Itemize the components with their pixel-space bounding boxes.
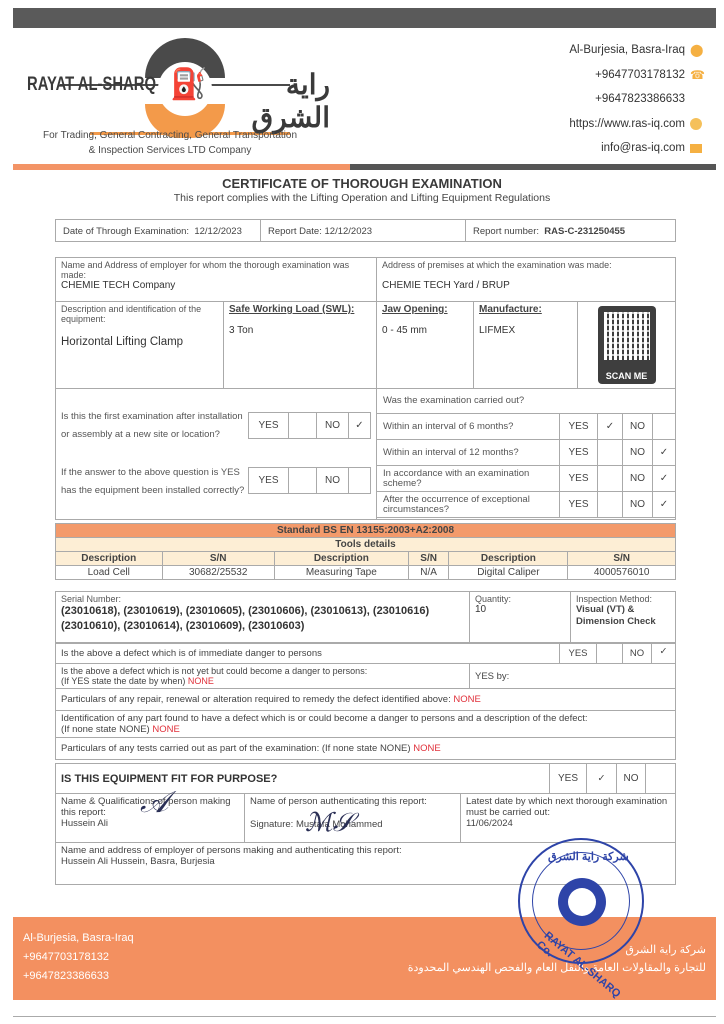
signature-authenticator: ℳ𝒮: [305, 808, 353, 839]
carried-out-no-checkbox[interactable]: [653, 414, 676, 440]
tools-header-cell: S/N: [568, 552, 676, 566]
tools-header-cell: S/N: [408, 552, 449, 566]
contact-block: Al-Burjesia, Basra-Iraq⬤ +9647703178132☎…: [569, 38, 702, 161]
manufacture-value: LIFMEX: [479, 325, 572, 336]
carried-out-yes-checkbox[interactable]: ✓: [598, 414, 623, 440]
company-tagline: For Trading, General Contracting, Genera…: [20, 128, 320, 158]
first-exam-answer: YESNO✓: [248, 412, 371, 439]
divider-orange: [13, 164, 350, 170]
gear-icon: [558, 878, 606, 926]
telephone-icon: ☎: [690, 69, 702, 81]
location-pin-icon: ⬤: [690, 44, 702, 56]
employer-name: CHEMIE TECH Company: [61, 280, 371, 291]
yes-by-field[interactable]: YES by:: [470, 664, 676, 689]
first-exam-no-checkbox[interactable]: ✓: [349, 413, 371, 439]
top-bar: [13, 8, 716, 28]
company-stamp: شركة راية الشرق RAYAT AL-SHARQ Co.: [518, 838, 644, 964]
tools-header-cell: S/N: [162, 552, 274, 566]
tools-cell: Digital Caliper: [449, 566, 568, 580]
next-exam-date: 11/06/2024: [466, 818, 670, 829]
report-meta: Date of Through Examination: 12/12/2023 …: [55, 219, 676, 242]
standard-band: Standard BS EN 13155:2003+A2:2008: [56, 524, 676, 538]
inspection-method: Visual (VT) & Dimension Check: [576, 604, 670, 628]
carried-out-label: Within an interval of 6 months?: [376, 414, 560, 440]
report-date: Report Date: 12/12/2023: [261, 220, 466, 241]
tools-header-cell: Description: [449, 552, 568, 566]
carried-out-no-checkbox[interactable]: ✓: [653, 492, 676, 518]
equipment-description: Horizontal Lifting Clamp: [61, 336, 218, 348]
tools-cell: Load Cell: [56, 566, 163, 580]
signature-maker: 𝒜: [140, 785, 168, 820]
certificate-title: CERTIFICATE OF THOROUGH EXAMINATION: [0, 176, 724, 191]
first-exam-yes-checkbox[interactable]: [289, 413, 317, 439]
carried-out-yes-checkbox[interactable]: [598, 466, 623, 492]
company-name-en: RAYAT AL-SHARQ: [27, 74, 156, 96]
carried-out-label: In accordance with an examination scheme…: [376, 466, 560, 492]
installed-no-checkbox[interactable]: [349, 468, 371, 494]
carried-out-row: Within an interval of 6 months? YES ✓ NO: [376, 414, 676, 440]
defects-table: Is the above a defect which is of immedi…: [55, 643, 676, 664]
tests-value: NONE: [413, 743, 440, 754]
envelope-icon: [690, 144, 702, 153]
future-danger-value: NONE: [188, 676, 214, 686]
installed-answer: YESNO: [248, 467, 371, 494]
qr-code[interactable]: SCAN ME: [598, 306, 656, 384]
tools-header-cell: Description: [56, 552, 163, 566]
company-logo: ⛽ RAYAT AL-SHARQ راية الشرق: [20, 32, 330, 127]
divider-gray: [350, 164, 716, 170]
future-danger-table: Is the above a defect which is not yet b…: [55, 663, 676, 689]
tools-header-cell: Description: [274, 552, 408, 566]
swl-value: 3 Ton: [229, 325, 371, 336]
website-link[interactable]: https://www.ras-iq.com: [569, 118, 685, 130]
address: Al-Burjesia, Basra-Iraq: [569, 44, 685, 56]
carried-out-no-checkbox[interactable]: ✓: [653, 440, 676, 466]
fit-no-checkbox[interactable]: [646, 764, 676, 794]
immediate-danger-no-checkbox[interactable]: ✓: [652, 644, 676, 664]
phone-2: +9647823386633: [595, 93, 685, 105]
examination-questions: Is this the first examination after inst…: [55, 388, 676, 520]
certificate-subtitle: This report complies with the Lifting Op…: [0, 192, 724, 204]
carried-out-yes-checkbox[interactable]: [598, 492, 623, 518]
immediate-danger-yes-checkbox[interactable]: [597, 644, 623, 664]
tools-cell: Measuring Tape: [274, 566, 408, 580]
carried-out-row: In accordance with an examination scheme…: [376, 466, 676, 492]
carried-out-label: After the occurrence of exceptional circ…: [376, 492, 560, 518]
carried-out-label: Within an interval of 12 months?: [376, 440, 560, 466]
tools-cell: 30682/25532: [162, 566, 274, 580]
serial-numbers: (23010618), (23010619), (23010605), (230…: [61, 604, 464, 634]
exam-date: Date of Through Examination: 12/12/2023: [56, 220, 261, 241]
tools-table: Standard BS EN 13155:2003+A2:2008 Tools …: [55, 523, 676, 580]
carried-out-yes-checkbox[interactable]: [598, 440, 623, 466]
premises-address: CHEMIE TECH Yard / BRUP: [382, 280, 670, 291]
immediate-danger-question: Is the above a defect which is of immedi…: [56, 644, 560, 664]
fit-yes-checkbox[interactable]: ✓: [587, 764, 617, 794]
fit-for-purpose-question: IS THIS EQUIPMENT FIT FOR PURPOSE?: [56, 764, 550, 794]
serial-number-table: Serial Number: (23010618), (23010619), (…: [55, 591, 676, 643]
oil-rig-icon: ⛽: [170, 67, 207, 102]
carried-out-table: Within an interval of 6 months? YES ✓ NO…: [376, 413, 676, 518]
carried-out-question: Was the examination carried out?: [383, 395, 524, 406]
installed-yes-checkbox[interactable]: [289, 468, 317, 494]
tools-cell: N/A: [408, 566, 449, 580]
footer-contacts: Al-Burjesia, Basra-Iraq +9647703178132 +…: [23, 929, 134, 986]
quantity-value: 10: [475, 604, 565, 615]
carried-out-row: After the occurrence of exceptional circ…: [376, 492, 676, 518]
email-link[interactable]: info@ras-iq.com: [601, 142, 685, 154]
tools-cell: 4000576010: [568, 566, 676, 580]
installed-question: If the answer to the above question is Y…: [61, 464, 246, 499]
first-exam-question: Is this the first examination after inst…: [61, 408, 243, 443]
globe-icon: [690, 118, 702, 130]
identification-value: NONE: [152, 724, 179, 735]
equipment-info-table: Name and Address of employer for whom th…: [55, 257, 676, 389]
company-name-ar: راية الشرق: [217, 68, 330, 134]
jaw-opening-value: 0 - 45 mm: [382, 325, 468, 336]
repair-value: NONE: [453, 694, 480, 705]
qr-code-icon: [604, 312, 650, 360]
tools-title: Tools details: [56, 538, 676, 552]
carried-out-no-checkbox[interactable]: ✓: [653, 466, 676, 492]
carried-out-row: Within an interval of 12 months? YES NO …: [376, 440, 676, 466]
phone-1: +9647703178132: [595, 69, 685, 81]
report-number: Report number: RAS-C-231250455: [466, 220, 675, 241]
remarks-table: Particulars of any repair, renewal or al…: [55, 688, 676, 760]
